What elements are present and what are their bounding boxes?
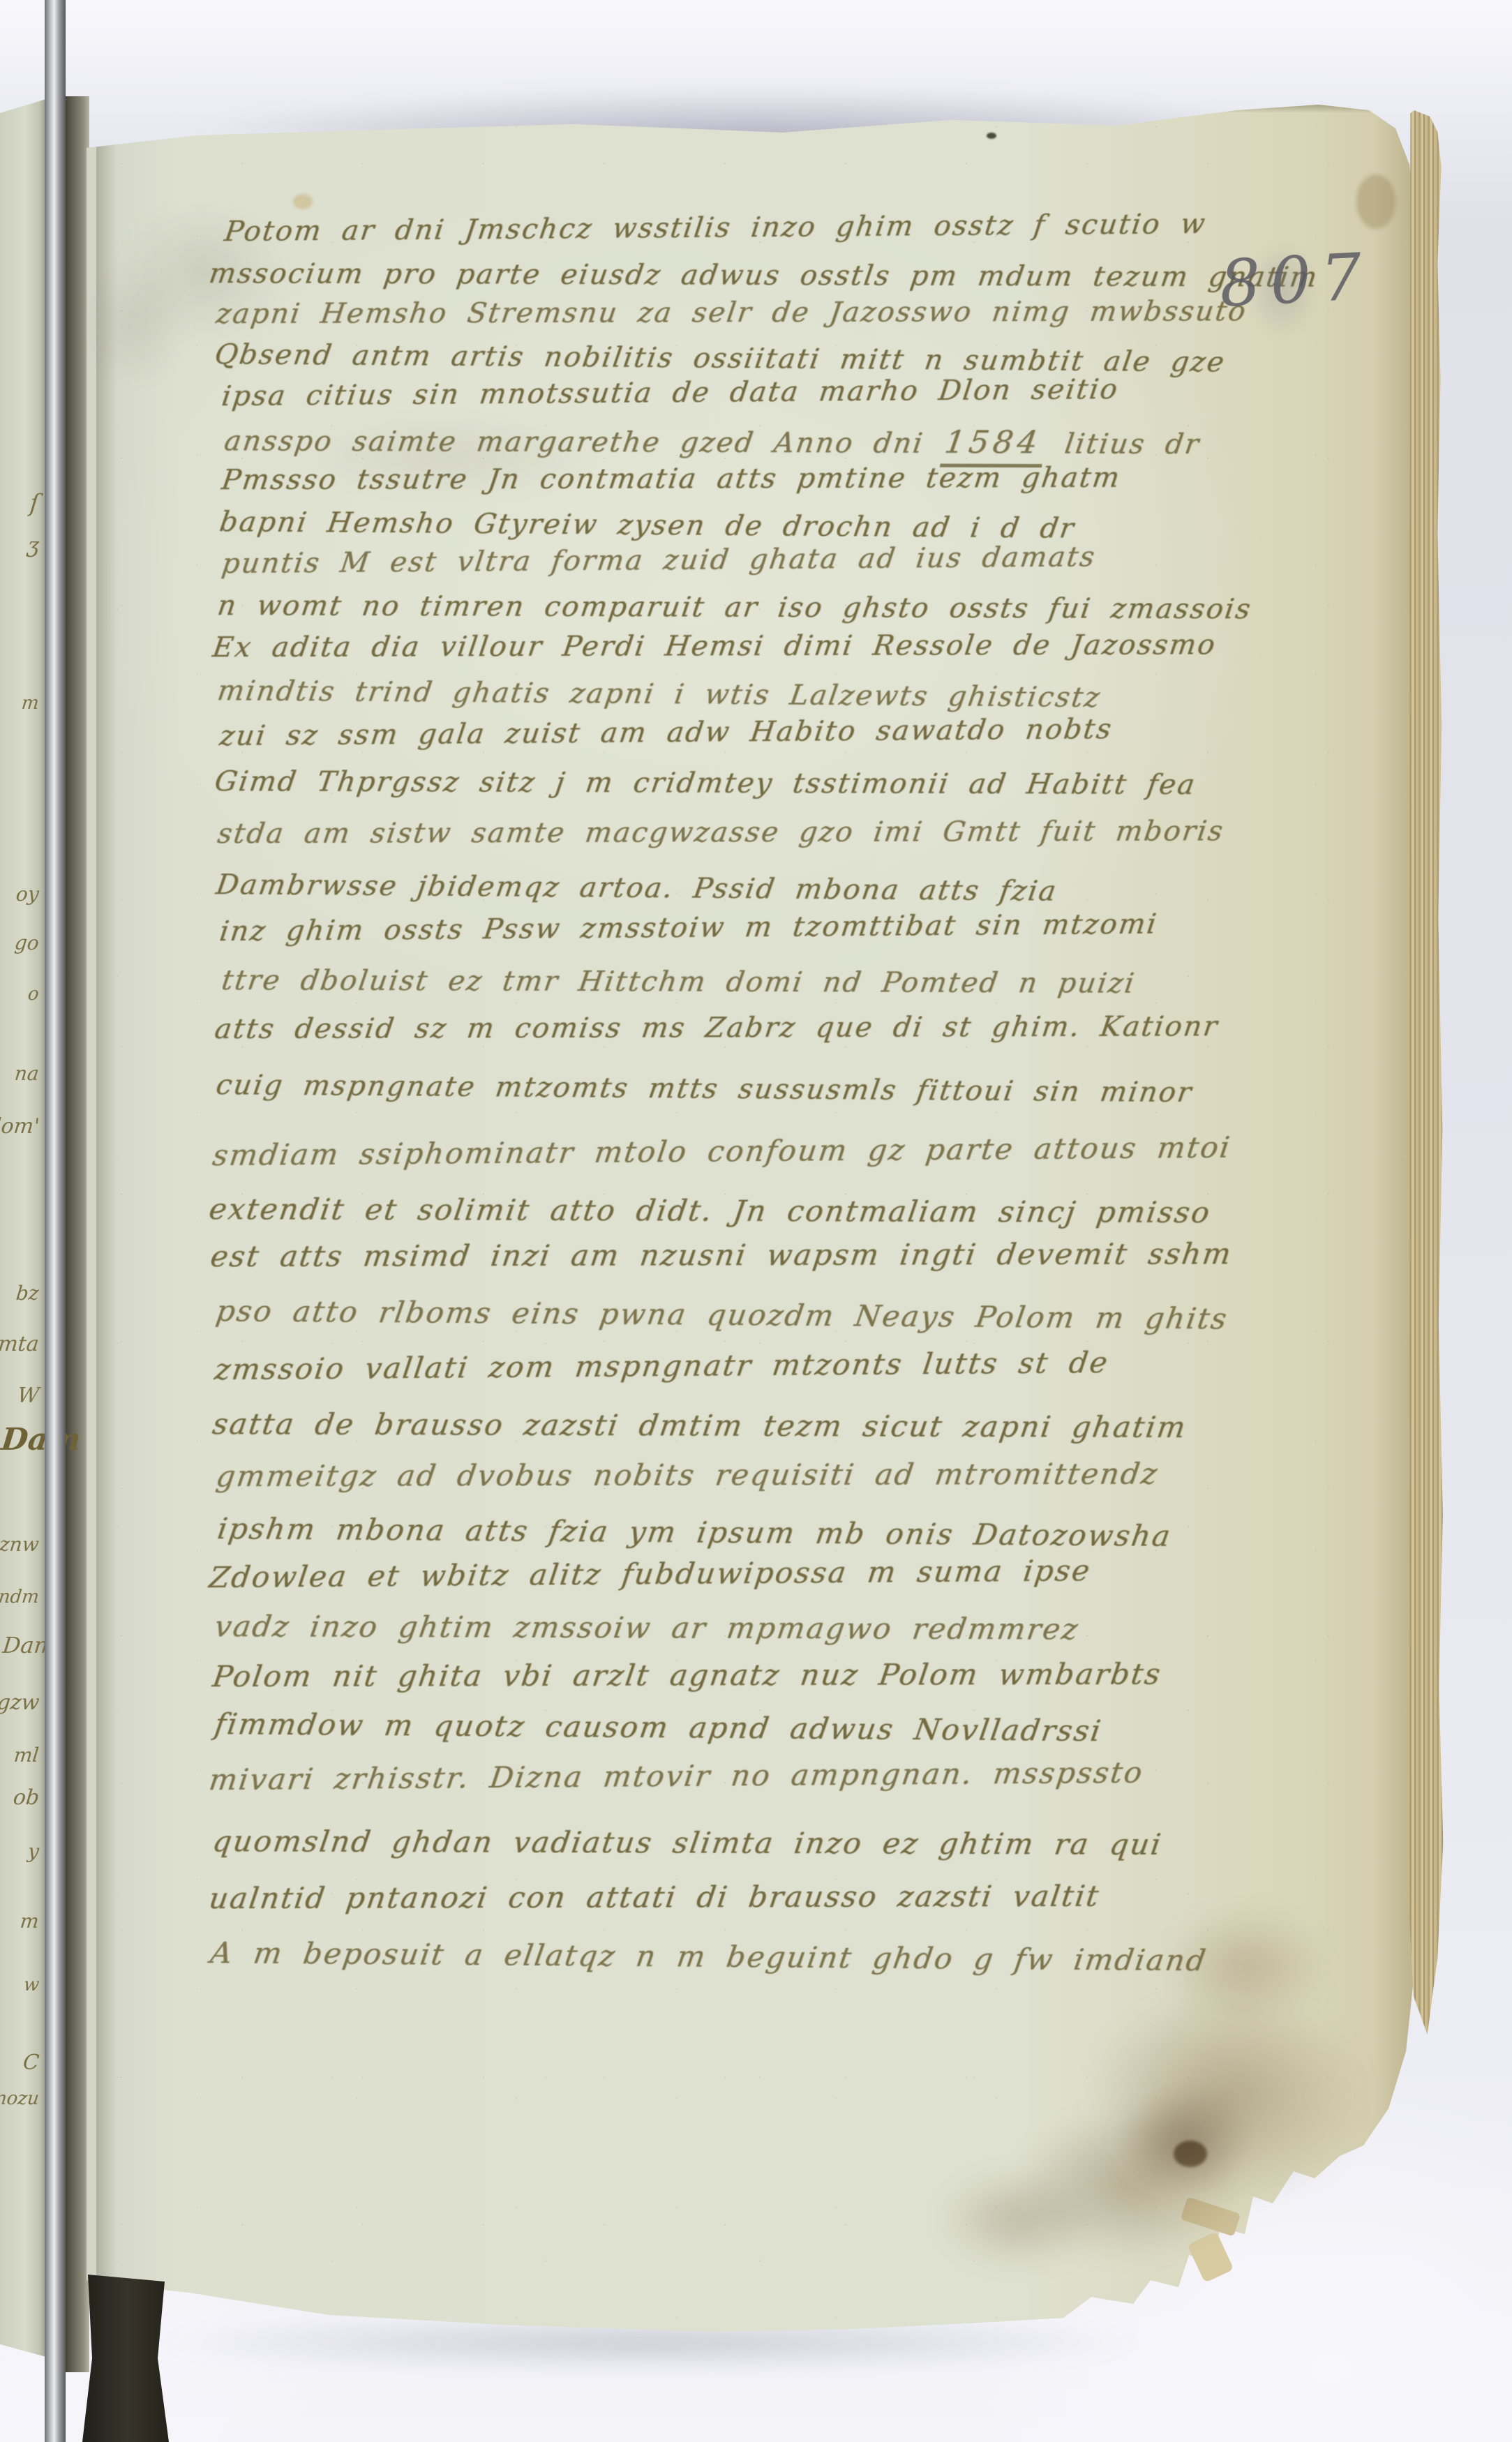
manuscript-line: Ex adita dia villour Perdi Hemsi dimi Re… — [211, 631, 1218, 661]
underlined-year: 1584 — [940, 424, 1048, 467]
manuscript-line: ipshm mbona atts fzia ym ipsum mb onis D… — [216, 1514, 1174, 1551]
manuscript-line: pso atto rlboms eins pwna quozdm Neays P… — [214, 1296, 1230, 1333]
manuscript-line: extendit et solimit atto didt. Jn contma… — [207, 1194, 1213, 1227]
manuscript-line: mssocium pro parte eiusdz adwus osstls p… — [207, 260, 1320, 292]
manuscript-line: inz ghim ossts Pssw zmsstoiw m tzomttiba… — [218, 910, 1159, 945]
manuscript-text-block: Potom ar dni Jmschcz wsstilis inzo ghim … — [0, 0, 1512, 2442]
manuscript-line: vadz inzo ghtim zmssoiw ar mpmagwo redmm… — [213, 1612, 1081, 1644]
manuscript-line: Polom nit ghita vbi arzlt agnatz nuz Pol… — [211, 1659, 1163, 1691]
manuscript-line: smdiam ssiphominatr mtolo confoum gz par… — [211, 1133, 1233, 1171]
manuscript-line: atts dessid sz m comiss ms Zabrz que di … — [213, 1012, 1220, 1043]
manuscript-line: Gimd Thprgssz sitz j m cridmtey tsstimon… — [213, 767, 1198, 799]
manuscript-line: fimmdow m quotz causom apnd adwus Novlla… — [213, 1709, 1104, 1746]
manuscript-line: Potom ar dni Jmschcz wsstilis inzo ghim … — [223, 210, 1208, 246]
manuscript-line: zapni Hemsho Stremsnu za selr de Jazossw… — [214, 297, 1248, 328]
manuscript-line: quomslnd ghdan vadiatus slimta inzo ez g… — [211, 1827, 1164, 1859]
manuscript-line: zui sz ssm gala zuist am adw Habito sawa… — [218, 715, 1114, 750]
manuscript-line: est atts msimd inzi am nzusni wapsm ingt… — [209, 1239, 1234, 1271]
manuscript-line: ttre dboluist ez tmr Hittchm domi nd Pom… — [220, 966, 1137, 998]
manuscript-line: mindtis trind ghatis zapni i wtis Lalzew… — [216, 677, 1103, 712]
page-number: 807 — [1218, 244, 1373, 316]
manuscript-line: Pmssso tssutre Jn contmatia atts pmtine … — [220, 464, 1123, 494]
manuscript-line: mivari zrhisstr. Dizna mtovir no ampngna… — [207, 1758, 1145, 1795]
manuscript-photo: ſʒmoygoonalom'bzlimtaWDamznwttndmDamzzgz… — [0, 0, 1512, 2442]
manuscript-line: Dambrwsse jbidemqz artoa. Pssid mbona at… — [214, 871, 1059, 905]
manuscript-line: ipsa citius sin mnotssutia de data marho… — [220, 375, 1121, 410]
manuscript-line: puntis M est vltra forma zuid ghata ad i… — [220, 543, 1098, 578]
manuscript-line: Qbsend antm artis nobilitis ossiitati mi… — [213, 340, 1227, 376]
manuscript-line: ualntid pntanozi con attati di brausso z… — [207, 1882, 1102, 1913]
manuscript-line: bapni Hemsho Gtyreiw zysen de drochn ad … — [218, 508, 1077, 543]
manuscript-line: n womt no timren comparuit ar iso ghsto … — [216, 592, 1254, 623]
manuscript-line: cuig mspngnate mtzomts mtts sussusmls fi… — [214, 1071, 1195, 1107]
manuscript-line: gmmeitgz ad dvobus nobits requisiti ad m… — [214, 1459, 1160, 1491]
manuscript-line: stda am sistw samte macgwzasse gzo imi G… — [216, 817, 1226, 848]
manuscript-line: ansspo saimte margarethe gzed Anno dni 1… — [223, 424, 1203, 459]
manuscript-line: satta de brausso zazsti dmtim tezm sicut… — [211, 1409, 1189, 1442]
manuscript-line: A m beposuit a ellatqz n m beguint ghdo … — [209, 1938, 1209, 1975]
manuscript-line: Zdowlea et wbitz alitz fubduwipossa m su… — [207, 1556, 1093, 1592]
manuscript-line: zmssoio vallati zom mspngnatr mtzonts lu… — [213, 1348, 1111, 1384]
book-fore-edge — [1407, 109, 1444, 2035]
